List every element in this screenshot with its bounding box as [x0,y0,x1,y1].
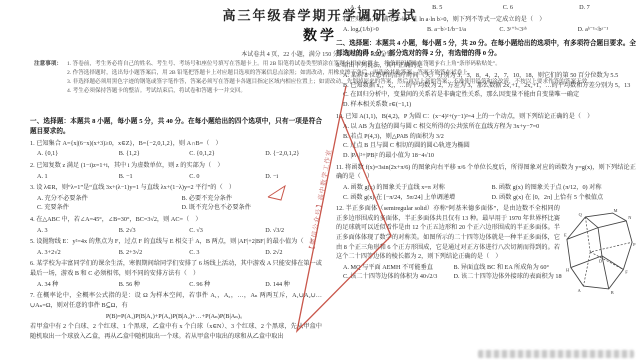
section1-heading: 一、选择题：本题共 8 小题，每小题 5 分，共 40 分。在每小题给出的四个选… [30,117,322,137]
question-6: 6. 某学校为丰富同学们的课余生活，寒假期间给同学们安排了 6 场线上活动，其中… [30,259,322,289]
option-c: C. 0 [189,172,263,182]
option-d: D. aᵇ⁻¹<bᵃ⁻¹ [578,25,640,35]
option-b: B. −1 [119,172,187,182]
option-a: A. logₐ(1/b)>0 [343,25,425,35]
option-c: C. 过点 B 且与圆 C 相切的圆的圆心轨迹为椭圆 [343,141,636,151]
option-c: C. 该二十四等边体的体积为 40√2/3 [343,272,452,282]
option-b: B. 5 [432,3,501,13]
question-stem: 12. 半正多面体（semiregular solid）亦称“阿基米德多面体”，… [336,205,560,260]
option-d: D. 函数 g(x) 在 [0，2π] 上恰有 5 个极值点 [492,193,639,203]
options-row: A. logₐ(1/b)>0 B. a−b>1/b−1/a C. 3ᵃ⁺ᵇ<3ᵃ… [336,25,636,35]
option-d: D. 样本相关系数 r∈(−1,1) [343,100,636,110]
option-d: D. 既不充分也不必要条件 [182,203,325,213]
option-d: D. {−2,0,1,2} [265,149,328,159]
question-stem: 6. 某学校为丰富同学们的课余生活，寒假期间给同学们安排了 6 场线上活动，其中… [30,259,322,278]
option-a: A. MQ 与平面 AEMH 不可能垂直 [343,263,452,273]
options-row: A. 充分不必要条件 B. 必要不充分条件 C. 充要条件 D. 既不充分也不必… [30,194,322,213]
option-c: C. 3 [189,248,263,258]
option-c: C. 3ᵃ⁺ᵇ<3ᵃᵇ [499,25,575,35]
question-stem-with-figure: Q M N P E F H A B D 12. 半正多面体（semiregula… [336,204,636,262]
option-b: B. 2√3 [119,226,187,236]
option-a: A. 某病 8 位患者的治疗时间（天）分别为 3，3，8，4，2，7，10，18… [343,71,636,81]
vertex-label: M [614,208,618,213]
option-d: D. 7 [579,3,640,13]
option-d: D. 2√2 [265,248,328,258]
right-column: A. 4 B. 5 C. 6 D. 7 8. 若正实数 a，b 满足 a>b，且… [336,2,636,298]
question-stem: 7. 在概率论中，全概率公式指的是：设 Ω 为样本空间，若事件 A₁，A₂，…，… [30,291,322,310]
vertex-label: F [625,270,628,275]
option-b: B. 2+3√2 [119,248,187,258]
option-d: D. √3/2 [265,226,328,236]
option-a: A. 4 [350,3,430,13]
option-d: D. 该二十四等边体外接球的表面积为 18π [454,272,563,282]
question-8: 8. 若正实数 a，b 满足 a>b，且 ln a·ln b>0，则下列不等式一… [336,15,636,35]
option-b: B. 56 种 [119,280,187,290]
option-d: D. −i [265,172,328,182]
option-b: B. {1,2} [119,149,187,159]
vertex-label: D [599,259,602,264]
option-d: D. 144 种 [265,280,328,290]
options-row: A. MQ 与平面 AEMH 不可能垂直 B. 异面直线 BC 和 EA 所成角… [336,263,560,282]
question-11: 11. 将函数 f(x)=3sin(2x+π/6) 的图象向右平移 π/6 个单… [336,163,636,202]
options-row: A. 3 B. 2√3 C. √3 D. √3/2 [30,226,322,236]
option-c: C. 在回归分析中，变量间的关系若是非确定性关系，那么因变量不能由自变量唯一确定 [343,90,636,100]
options-row: A. 34 种 B. 56 种 C. 96 种 D. 144 种 [30,280,322,290]
option-b: B. a−b>1/b−1/a [427,25,497,35]
options-list: A. 某病 8 位患者的治疗时间（天）分别为 3，3，8，4，2，7，10，18… [336,71,636,109]
option-c: C. 函数 g(x) 在 [−π/24，5π/24] 上单调递增 [343,193,490,203]
question-12: Q M N P E F H A B D 12. 半正多面体（semiregula… [336,204,636,282]
options-list: A. 以 AB 为直径的圆与圆 C 相交所得的公共弦所在直线方程为 3x+y−7… [336,122,636,160]
option-c: C. 96 种 [189,280,263,290]
options-row: A. 函数 g(x) 的图象关于直线 x=π 对称 B. 函数 g(x) 的图象… [336,183,636,202]
vertex-label: Q [579,212,583,217]
question-stem: 3. 设 λ∈R，则“λ=1”是“直线 3x+(λ−1)y=1 与直线 λx+(… [30,183,322,193]
option-b: B. 已知数据 x₁，x₂，…的平均数为 2，方差为 3，那么数据 2x₁+1，… [343,81,636,91]
option-a: A. 充分不必要条件 [37,194,180,204]
question-5: 5. 设抛物线 E：y²=4x 的焦点为 F，过点 F 的直线与 E 相交于 A… [30,237,322,257]
question-4: 4. 在△ABC 中，若∠A=45°，∠B=30°，BC=3√2，则 AC=（ … [30,215,322,235]
option-c: C. 充要条件 [37,203,180,213]
options-row: A. {0,1} B. {1,2} C. {0,1,2} D. {−2,0,1,… [30,149,322,159]
polyhedron-figure: Q M N P E F H A B D [564,206,636,296]
option-d: D. |PA|²+|PB|² 的最小值为 18−4√10 [343,151,636,161]
section2-heading: 二、选择题：本题共 4 小题，每小题 5 分，共 20 分。在每小题给出的选项中… [336,39,636,59]
option-a: A. 1 [37,172,117,182]
vertex-label: E [564,233,567,238]
option-c: C. 6 [503,3,577,13]
option-a: A. 函数 g(x) 的图象关于直线 x=π 对称 [343,183,490,193]
options-row: A. 4 B. 5 C. 6 D. 7 [336,3,636,13]
options-row: A. 1 B. −1 C. 0 D. −i [30,172,322,182]
question-stem: 1. 已知集合 A={x|(6−x)(x+3)≥0，x∈Z}，B={−2,0,1… [30,139,322,149]
question-stem: 4. 在△ABC 中，若∠A=45°，∠B=30°，BC=3√2，则 AC=（ … [30,215,322,225]
vertex-label: A [578,288,582,293]
vertex-label: P [633,242,636,247]
vertex-label: H [566,268,570,273]
question-9: 9. 给出下列说法，其中正确的是（ ） A. 某病 8 位患者的治疗时间（天）分… [336,61,636,110]
option-a: A. 3 [37,226,117,236]
option-a: A. 3+2√2 [37,248,117,258]
question-stem: 10. 已知 A(1,1)，B(4,2)，P 为圆 C：(x−4)²+(y−1)… [336,112,636,122]
question-1: 1. 已知集合 A={x|(6−x)(x+3)≥0，x∈Z}，B={−2,0,1… [30,139,322,159]
option-a: A. 34 种 [37,280,117,290]
question-stem: 9. 给出下列说法，其中正确的是（ ） [336,61,636,71]
question-10: 10. 已知 A(1,1)，B(4,2)，P 为圆 C：(x−4)²+(y−1)… [336,112,636,161]
question-stem: 11. 将函数 f(x)=3sin(2x+π/6) 的图象向右平移 π/6 个单… [336,163,636,182]
option-a: A. {0,1} [37,149,117,159]
option-b: B. 异面直线 BC 和 EA 所成角为 60° [454,263,563,273]
footer-smudge [478,350,634,358]
question-stem: 2. 已知复数 z 满足 (1−i)z=1+i，其中 i 为虚数单位，则 z 的… [30,161,322,171]
question-stem: 8. 若正实数 a，b 满足 a>b，且 ln a·ln b>0，则下列不等式一… [336,15,636,25]
question-7-options: A. 4 B. 5 C. 6 D. 7 [336,3,636,13]
option-b: B. 函数 g(x) 的图象关于点 (π/12，0) 对称 [492,183,639,193]
left-column: 一、选择题：本题共 8 小题，每小题 5 分，共 40 分。在每小题给出的四个选… [30,117,322,343]
vertex-label: N [628,215,632,220]
vertex-label: B [611,290,614,295]
option-a: A. 以 AB 为直径的圆与圆 C 相交所得的公共弦所在直线方程为 3x+y−7… [343,122,636,132]
notice-label: 注意事项： [34,60,62,69]
option-c: C. √3 [189,226,263,236]
option-c: C. {0,1,2} [189,149,263,159]
options-row: A. 3+2√2 B. 2+3√2 C. 3 D. 2√2 [30,248,322,258]
question-stem: 5. 设抛物线 E：y²=4x 的焦点为 F，过点 F 的直线与 E 相交于 A… [30,237,322,247]
option-b: B. 若点 P(4,3)，则△PAB 的面积为 3/2 [343,132,636,142]
question-2: 2. 已知复数 z 满足 (1−i)z=1+i，其中 i 为虚数单位，则 z 的… [30,161,322,181]
total-probability-formula: P(B)=P(A₁)P(B|A₁)+P(A₂)P(B|A₂)+…+P(Aₙ)P(… [30,312,322,322]
question-stem-continued: 若甲盒中有 2 个白球、2 个红球、1 个黑球，乙盒中有 x 个白球（x∈N）、… [30,322,322,341]
question-3: 3. 设 λ∈R，则“λ=1”是“直线 3x+(λ−1)y=1 与直线 λx+(… [30,183,322,213]
exam-paper: 高三年级春学期开学调研考试 数学 本试卷共 4 页，22 小题，满分 150 分… [0,0,640,360]
question-7: 7. 在概率论中，全概率公式指的是：设 Ω 为样本空间，若事件 A₁，A₂，…，… [30,291,322,341]
option-b: B. 必要不充分条件 [182,194,325,204]
